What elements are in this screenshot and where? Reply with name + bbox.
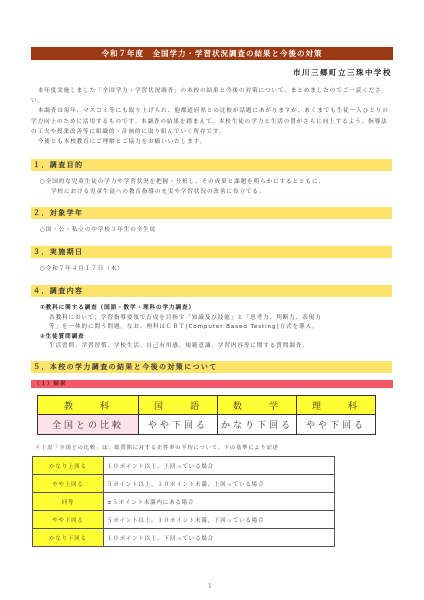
page-number: 1: [208, 583, 212, 590]
section-heading-target: ２．対象学年: [31, 207, 392, 219]
document-page: 令和７年度 全国学力・学習状況調査の結果と今後の対策 市川三郷町立三珠中学校 本…: [0, 0, 424, 600]
content-item-title: ①教科に関する調査（国語・数学・理科の学力調査）: [40, 304, 395, 314]
intro-paragraph: 本調査は毎年、マスコミ等にも取り上げられ、他都道府県との比較が話題にあがりますが…: [31, 106, 393, 137]
results-table: 教 科 国 語 数 学 理 科 全国との比較 やや下回る かなり下回る やや下回…: [37, 395, 376, 435]
criteria-desc: ５ポイント以上、１０ポイント未満、下回っている場合: [104, 511, 335, 529]
criteria-label: かなり上回る: [33, 457, 104, 475]
comparison-label: 全国との比較: [38, 415, 139, 435]
document-title: 令和７年度 全国学力・学習状況調査の結果と今後の対策: [31, 47, 393, 60]
criteria-desc: １０ポイント以上、上回っている場合: [104, 457, 335, 475]
note-text: 上記「全国との比較」は、総質問に対する正答率の平均について、下の基準により記述: [41, 445, 279, 451]
criteria-table: かなり上回る １０ポイント以上、上回っている場合 やや上回る ５ポイント以上、１…: [32, 456, 335, 547]
target-line: ○国・公・私立の中学校３年生の全生徒: [40, 226, 395, 236]
criteria-desc: ５ポイント以上、１０ポイント未満、上回っている場合: [104, 475, 335, 493]
section-heading-results: ５．本校の学力調査の結果と今後の対策について: [31, 361, 392, 373]
criteria-desc: ±５ポイント未満内にある場合: [104, 493, 335, 511]
criteria-desc: １０ポイント以上、下回っている場合: [104, 529, 335, 547]
results-header-row: 教 科 国 語 数 学 理 科: [38, 396, 376, 415]
section-body-date: ○令和７年４月１７日（木）: [40, 265, 395, 275]
section-heading-content: ４．調査内容: [31, 285, 392, 297]
section-body-content: ①教科に関する調査（国語・数学・理科の学力調査） 各教科において、学習指導要領で…: [40, 304, 395, 352]
results-comparison-row: 全国との比較 やや下回る かなり下回る やや下回る: [38, 415, 376, 435]
criteria-row: 同等 ±５ポイント未満内にある場合: [33, 493, 335, 511]
intro-text: 本年度実施しました「全国学力・学習状況調査」の本校の結果と今後の対策について、ま…: [31, 86, 393, 147]
school-name: 市川三郷町立三珠中学校: [293, 67, 392, 78]
date-line: ○令和７年４月１７日（木）: [40, 265, 395, 275]
section-heading-date: ３．実施期日: [31, 246, 392, 258]
criteria-row: やや上回る ５ポイント以上、１０ポイント未満、上回っている場合: [33, 475, 335, 493]
purpose-line: 学校における児童生徒への教育指導の充実や学習状況の改善に役立てる。: [40, 188, 395, 198]
intro-paragraph: 今後とも本校教育にご理解とご協力をお願いいたします。: [31, 137, 393, 147]
section-body-target: ○国・公・私立の中学校３年生の全生徒: [40, 226, 395, 236]
subject-science: 理 科: [297, 396, 376, 415]
subject-math: 数 学: [218, 396, 297, 415]
content-item-line: 各教科において、学習指導要領で育成を目指す「知識及び技能」と「思考力、判断力、表…: [40, 314, 395, 324]
comparison-japanese: やや下回る: [139, 415, 218, 435]
subject-header-label: 教 科: [38, 396, 139, 415]
criteria-label: 同等: [33, 493, 104, 511]
comparison-science: やや下回る: [297, 415, 376, 435]
section-heading-purpose: １．調査目的: [31, 159, 392, 171]
content-item-line: 生活習慣、学習習慣、学校生活、自己有用感、規範意識、学習内容等に関する質問調査。: [40, 342, 395, 352]
section-body-purpose: ○全国的な児童生徒の学力や学習状況を把握・分析し、その成果と課題を明らかにすると…: [40, 178, 395, 197]
comparison-math: かなり下回る: [218, 415, 297, 435]
results-subheading: （１）結果: [31, 380, 393, 388]
results-note: ＊上記「全国との比較」は、総質問に対する正答率の平均について、下の基準により記述: [35, 443, 279, 451]
content-item-line: 等」を一体的に問う問題。なお、理科はＣＢＴ(Computer Based Tes…: [40, 323, 395, 333]
criteria-label: やや上回る: [33, 475, 104, 493]
criteria-row: かなり下回る １０ポイント以上、下回っている場合: [33, 529, 335, 547]
subject-japanese: 国 語: [139, 396, 218, 415]
criteria-row: かなり上回る １０ポイント以上、上回っている場合: [33, 457, 335, 475]
content-item-title: ②生徒質問調査: [40, 333, 395, 343]
purpose-line: ○全国的な児童生徒の学力や学習状況を把握・分析し、その成果と課題を明らかにすると…: [40, 178, 395, 188]
criteria-label: かなり下回る: [33, 529, 104, 547]
criteria-row: やや下回る ５ポイント以上、１０ポイント未満、下回っている場合: [33, 511, 335, 529]
intro-paragraph: 本年度実施しました「全国学力・学習状況調査」の本校の結果と今後の対策について、ま…: [31, 86, 393, 106]
criteria-label: やや下回る: [33, 511, 104, 529]
